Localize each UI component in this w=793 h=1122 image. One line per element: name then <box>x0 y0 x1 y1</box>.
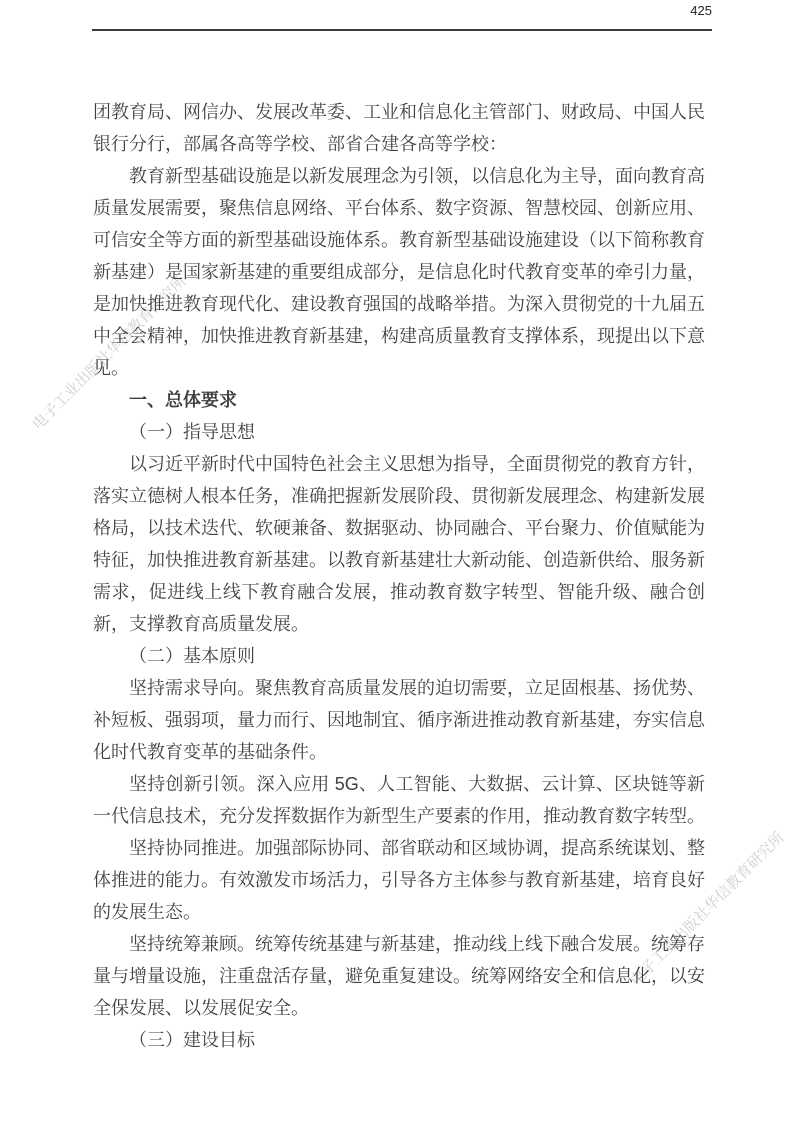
paragraph-principle-overall-planning: 坚持统筹兼顾。统筹传统基建与新基建，推动线上线下融合发展。统筹存量与增量设施，注… <box>93 928 705 1024</box>
section-heading-overall-requirements: 一、总体要求 <box>93 384 705 416</box>
paragraph-principle-innovation-led: 坚持创新引领。深入应用 5G、人工智能、大数据、云计算、区块链等新一代信息技术，… <box>93 768 705 832</box>
paragraph-guiding-ideology: 以习近平新时代中国特色社会主义思想为指导，全面贯彻党的教育方针，落实立德树人根本… <box>93 448 705 640</box>
paragraph-salutation: 团教育局、网信办、发展改革委、工业和信息化主管部门、财政局、中国人民银行分行，部… <box>93 96 705 160</box>
document-body: 团教育局、网信办、发展改革委、工业和信息化主管部门、财政局、中国人民银行分行，部… <box>93 96 705 1056</box>
paragraph-principle-coordinated-advance: 坚持协同推进。加强部际协同、部省联动和区域协调，提高系统谋划、整体推进的能力。有… <box>93 832 705 928</box>
page-number: 425 <box>690 3 712 19</box>
subsection-heading-basic-principles: （二）基本原则 <box>93 640 705 672</box>
subsection-heading-construction-goals: （三）建设目标 <box>93 1024 705 1056</box>
document-page: 425 电子工业出版社华信教育研究所 电子工业出版社华信教育研究所 团教育局、网… <box>0 0 793 1122</box>
subsection-heading-guiding-ideology: （一）指导思想 <box>93 416 705 448</box>
paragraph-introduction: 教育新型基础设施是以新发展理念为引领，以信息化为主导，面向教育高质量发展需要，聚… <box>93 160 705 384</box>
header-rule <box>92 29 712 31</box>
paragraph-principle-demand-oriented: 坚持需求导向。聚焦教育高质量发展的迫切需要，立足固根基、扬优势、补短板、强弱项，… <box>93 672 705 768</box>
